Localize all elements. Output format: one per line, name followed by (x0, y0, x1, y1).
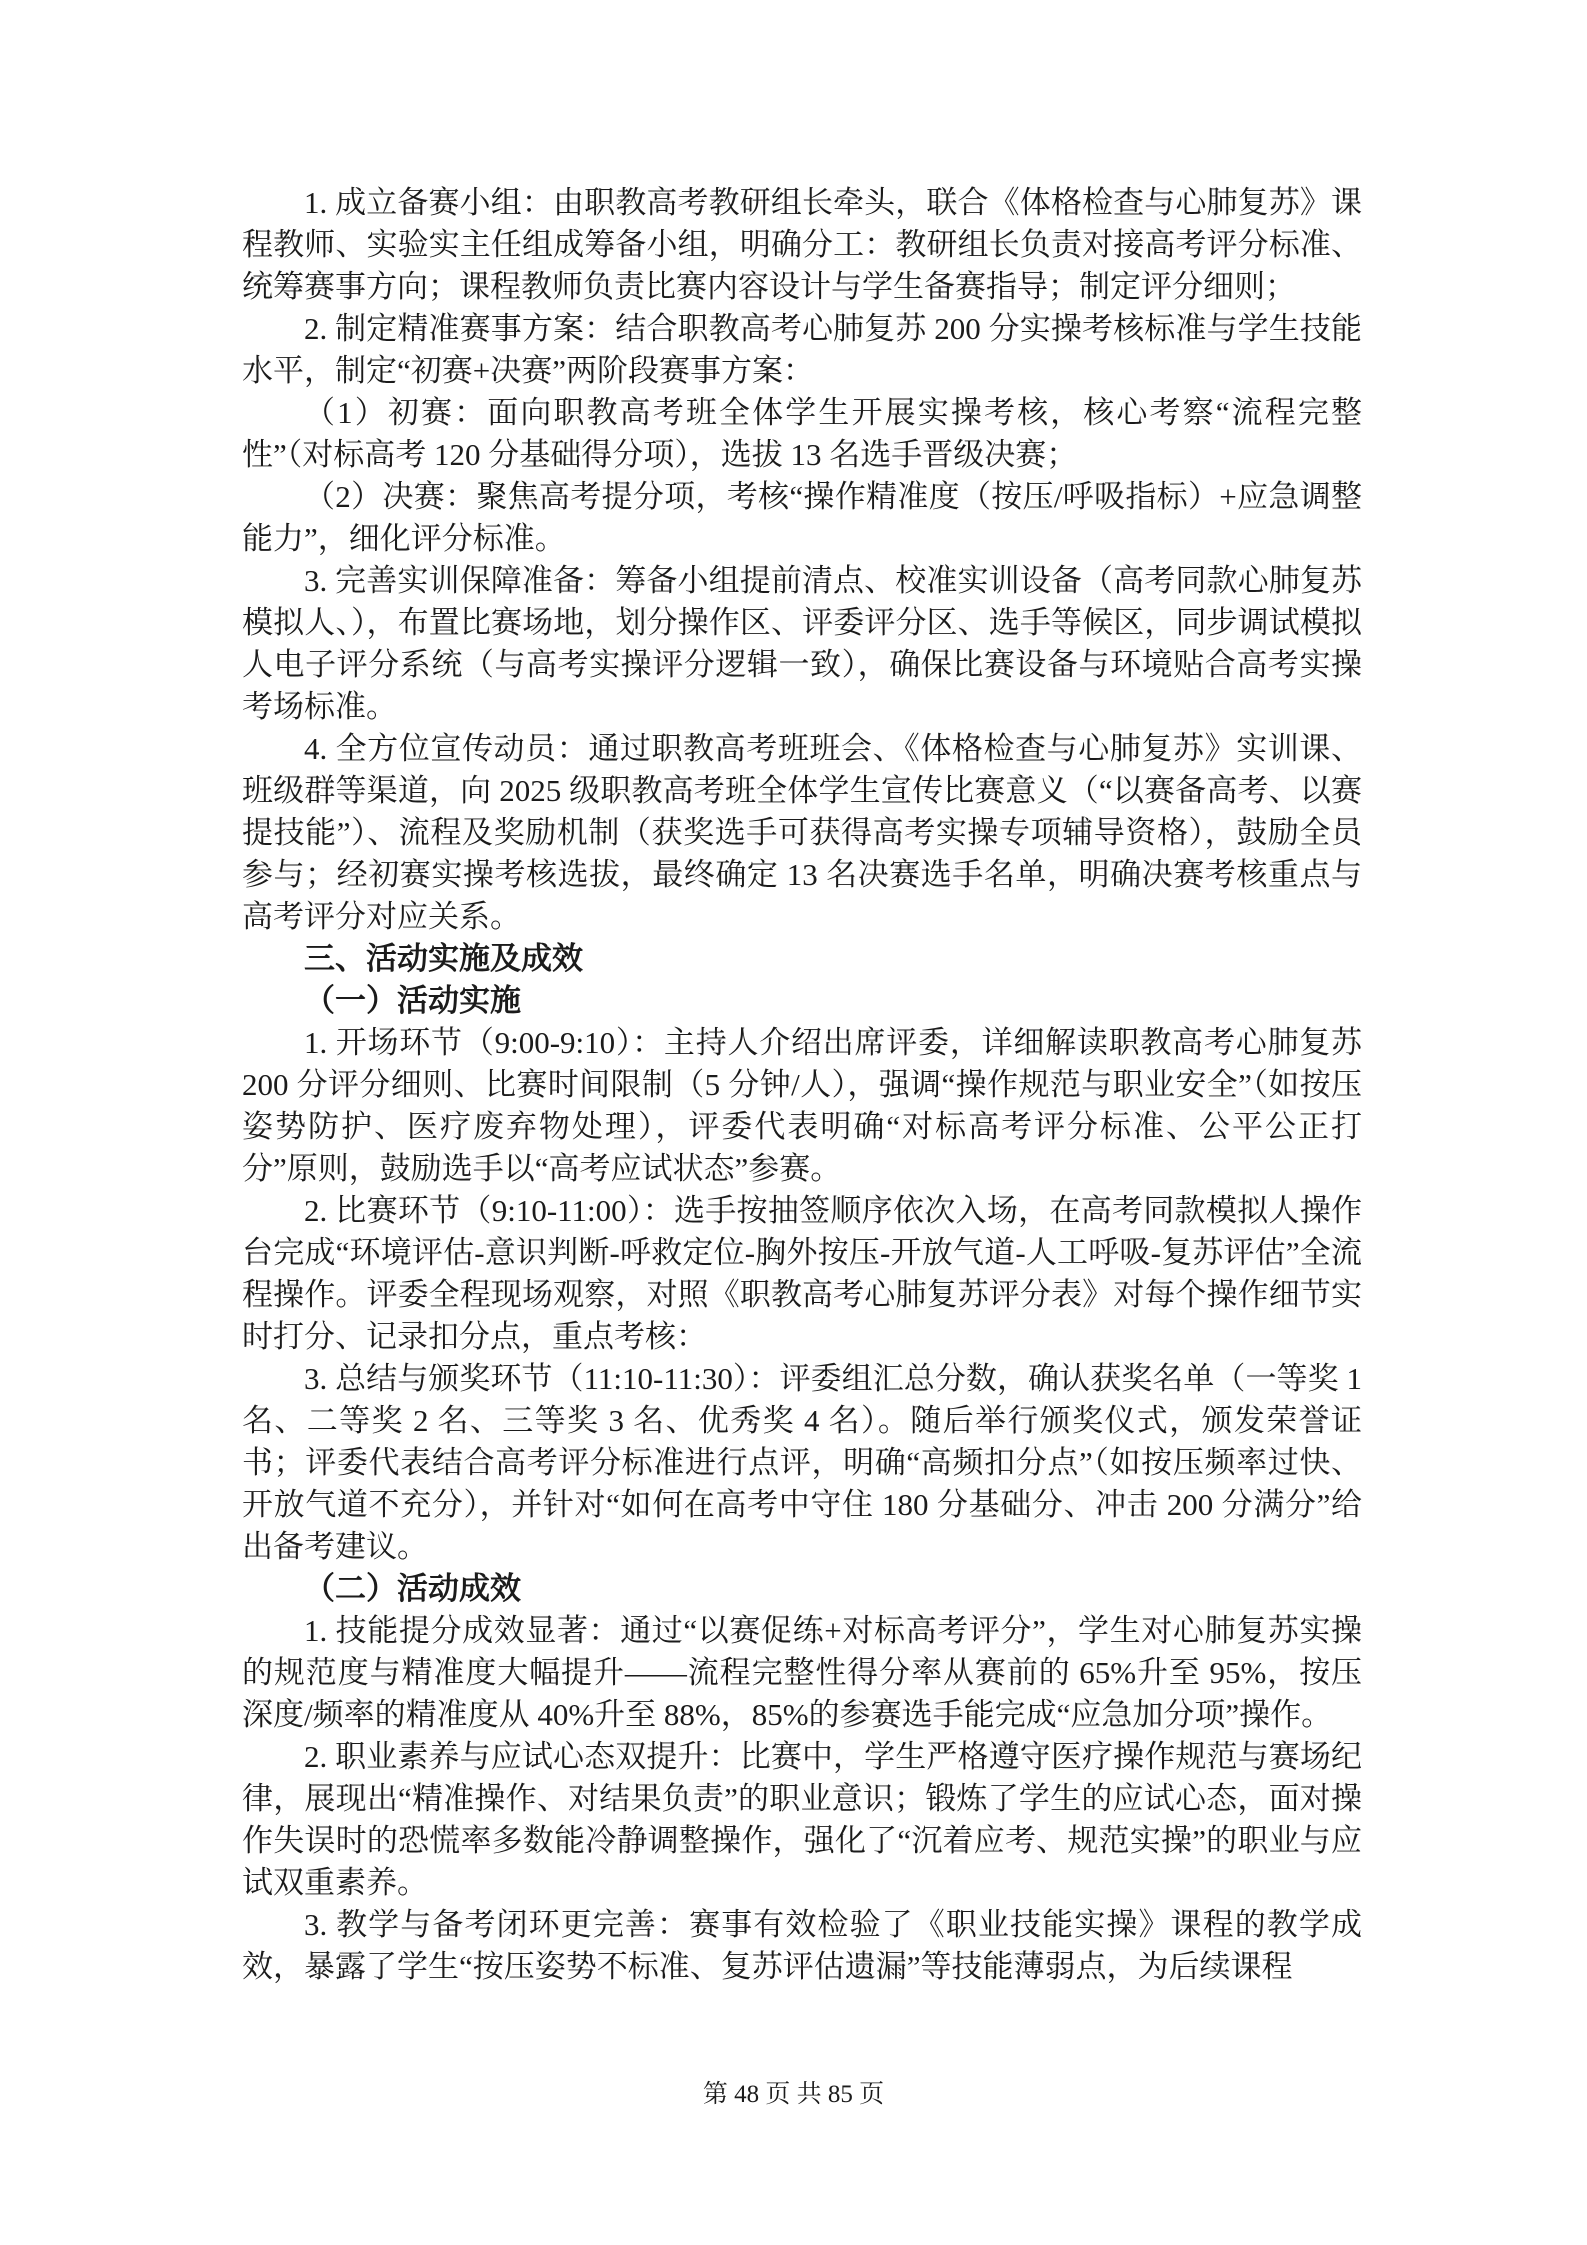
paragraph-final-round: （2）决赛：聚焦高考提分项，考核“操作精准度（按压/呼吸指标）+应急调整能力”，… (242, 476, 1362, 560)
paragraph-preliminary-round: （1）初赛：面向职教高考班全体学生开展实操考核，核心考察“流程完整性”（对标高考… (242, 392, 1362, 476)
paragraph-competition-session: 2. 比赛环节（9:10-11:00）：选手按抽签顺序依次入场，在高考同款模拟人… (242, 1190, 1362, 1358)
document-body: 1. 成立备赛小组：由职教高考教研组长牵头，联合《体格检查与心肺复苏》课程教师、… (242, 182, 1362, 1988)
paragraph-training-guarantee: 3. 完善实训保障准备：筹备小组提前清点、校准实训设备（高考同款心肺复苏模拟人、… (242, 560, 1362, 728)
subsection-heading-implementation: （一）活动实施 (242, 980, 1362, 1022)
paragraph-opening-session: 1. 开场环节（9:00-9:10）：主持人介绍出席评委，详细解读职教高考心肺复… (242, 1022, 1362, 1190)
paragraph-promotion: 4. 全方位宣传动员：通过职教高考班班会、《体格检查与心肺复苏》实训课、班级群等… (242, 728, 1362, 938)
paragraph-teaching-loop: 3. 教学与备考闭环更完善：赛事有效检验了《职业技能实操》课程的教学成效，暴露了… (242, 1904, 1362, 1988)
section-heading-implementation-and-results: 三、活动实施及成效 (242, 938, 1362, 980)
document-page: 1. 成立备赛小组：由职教高考教研组长牵头，联合《体格检查与心肺复苏》课程教师、… (0, 0, 1587, 2245)
page-number-footer: 第 48 页 共 85 页 (0, 2078, 1587, 2112)
paragraph-skill-improvement: 1. 技能提分成效显著：通过“以赛促练+对标高考评分”，学生对心肺复苏实操的规范… (242, 1610, 1362, 1736)
paragraph-scheme-plan: 2. 制定精准赛事方案：结合职教高考心肺复苏 200 分实操考核标准与学生技能水… (242, 308, 1362, 392)
paragraph-prep-group: 1. 成立备赛小组：由职教高考教研组长牵头，联合《体格检查与心肺复苏》课程教师、… (242, 182, 1362, 308)
paragraph-professionalism-mindset: 2. 职业素养与应试心态双提升：比赛中，学生严格遵守医疗操作规范与赛场纪律，展现… (242, 1736, 1362, 1904)
subsection-heading-results: （二）活动成效 (242, 1568, 1362, 1610)
paragraph-summary-award-session: 3. 总结与颁奖环节（11:10-11:30）：评委组汇总分数，确认获奖名单（一… (242, 1358, 1362, 1568)
